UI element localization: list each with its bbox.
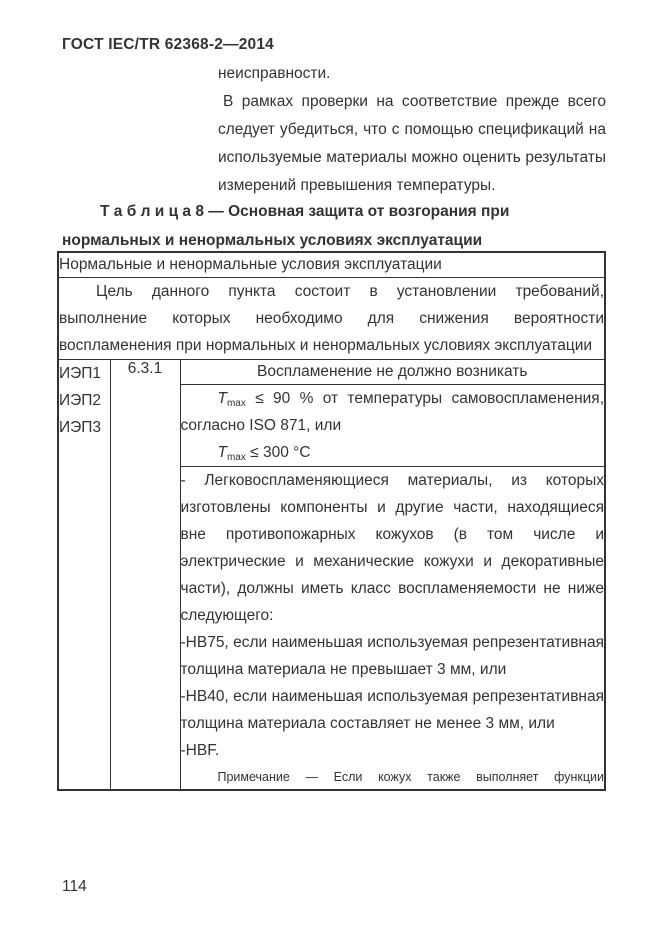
tmax-condition-2: Tmax ≤ 300 °C — [181, 439, 605, 466]
tmax-condition-1: Tmax ≤ 90 % от температуры самовоспламен… — [181, 385, 605, 439]
table-row-requirement-header: ИЭП1 ИЭП2 ИЭП3 6.3.1 Воспламенение не до… — [58, 360, 605, 385]
tmax-subscript: max — [227, 452, 246, 463]
tmax-condition-text: ≤ 300 °C — [246, 444, 311, 461]
product-label: ИЭП2 — [59, 387, 110, 414]
paragraph-tail: неисправности. — [218, 60, 606, 88]
document-page: ГОСТ IEC/TR 62368-2—2014 неисправности. … — [0, 0, 661, 935]
page-number: 114 — [62, 878, 87, 896]
product-label: ИЭП3 — [59, 414, 110, 441]
flammability-item-hbf: -HBF. — [181, 737, 605, 764]
product-label: ИЭП1 — [59, 360, 110, 387]
tmax-condition-text: ≤ 90 % от температуры самовоспламенения,… — [181, 390, 605, 434]
tmax-cell: Tmax ≤ 90 % от температуры самовоспламен… — [180, 385, 605, 467]
tmax-symbol: T — [218, 390, 227, 407]
table-8: Нормальные и ненормальные условия эксплу… — [57, 251, 606, 791]
table-caption: Т а б л и ц а 8 — Основная защита от воз… — [62, 197, 607, 255]
purpose-cell: Цель данного пункта состоит в установлен… — [58, 278, 605, 360]
clause-cell: 6.3.1 — [110, 360, 180, 791]
conditions-header-cell: Нормальные и ненормальные условия эксплу… — [58, 252, 605, 278]
table-row-purpose: Цель данного пункта состоит в установлен… — [58, 278, 605, 360]
tmax-symbol: T — [218, 444, 227, 461]
paragraph-conformity: В рамках проверки на соответствие прежде… — [218, 88, 606, 200]
tmax-subscript: max — [227, 398, 246, 409]
flammability-item-hb40: -HB40, если наименьшая используемая репр… — [181, 683, 605, 737]
materials-paragraph: - Легковоспламеняющиеся материалы, из ко… — [181, 467, 605, 629]
materials-cell: - Легковоспламеняющиеся материалы, из ко… — [180, 467, 605, 791]
note-paragraph: Примечание — Если кожух также выполняет … — [181, 766, 605, 789]
requirement-header-cell: Воспламенение не должно возникать — [180, 360, 605, 385]
document-header: ГОСТ IEC/TR 62368-2—2014 — [62, 36, 274, 54]
flammability-item-hb75: -HB75, если наименьшая используемая репр… — [181, 629, 605, 683]
intro-block: неисправности. В рамках проверки на соот… — [218, 60, 606, 200]
table-caption-line1: Т а б л и ц а 8 — Основная защита от воз… — [62, 197, 607, 226]
table-row-conditions-header: Нормальные и ненормальные условия эксплу… — [58, 252, 605, 278]
products-cell: ИЭП1 ИЭП2 ИЭП3 — [58, 360, 110, 791]
